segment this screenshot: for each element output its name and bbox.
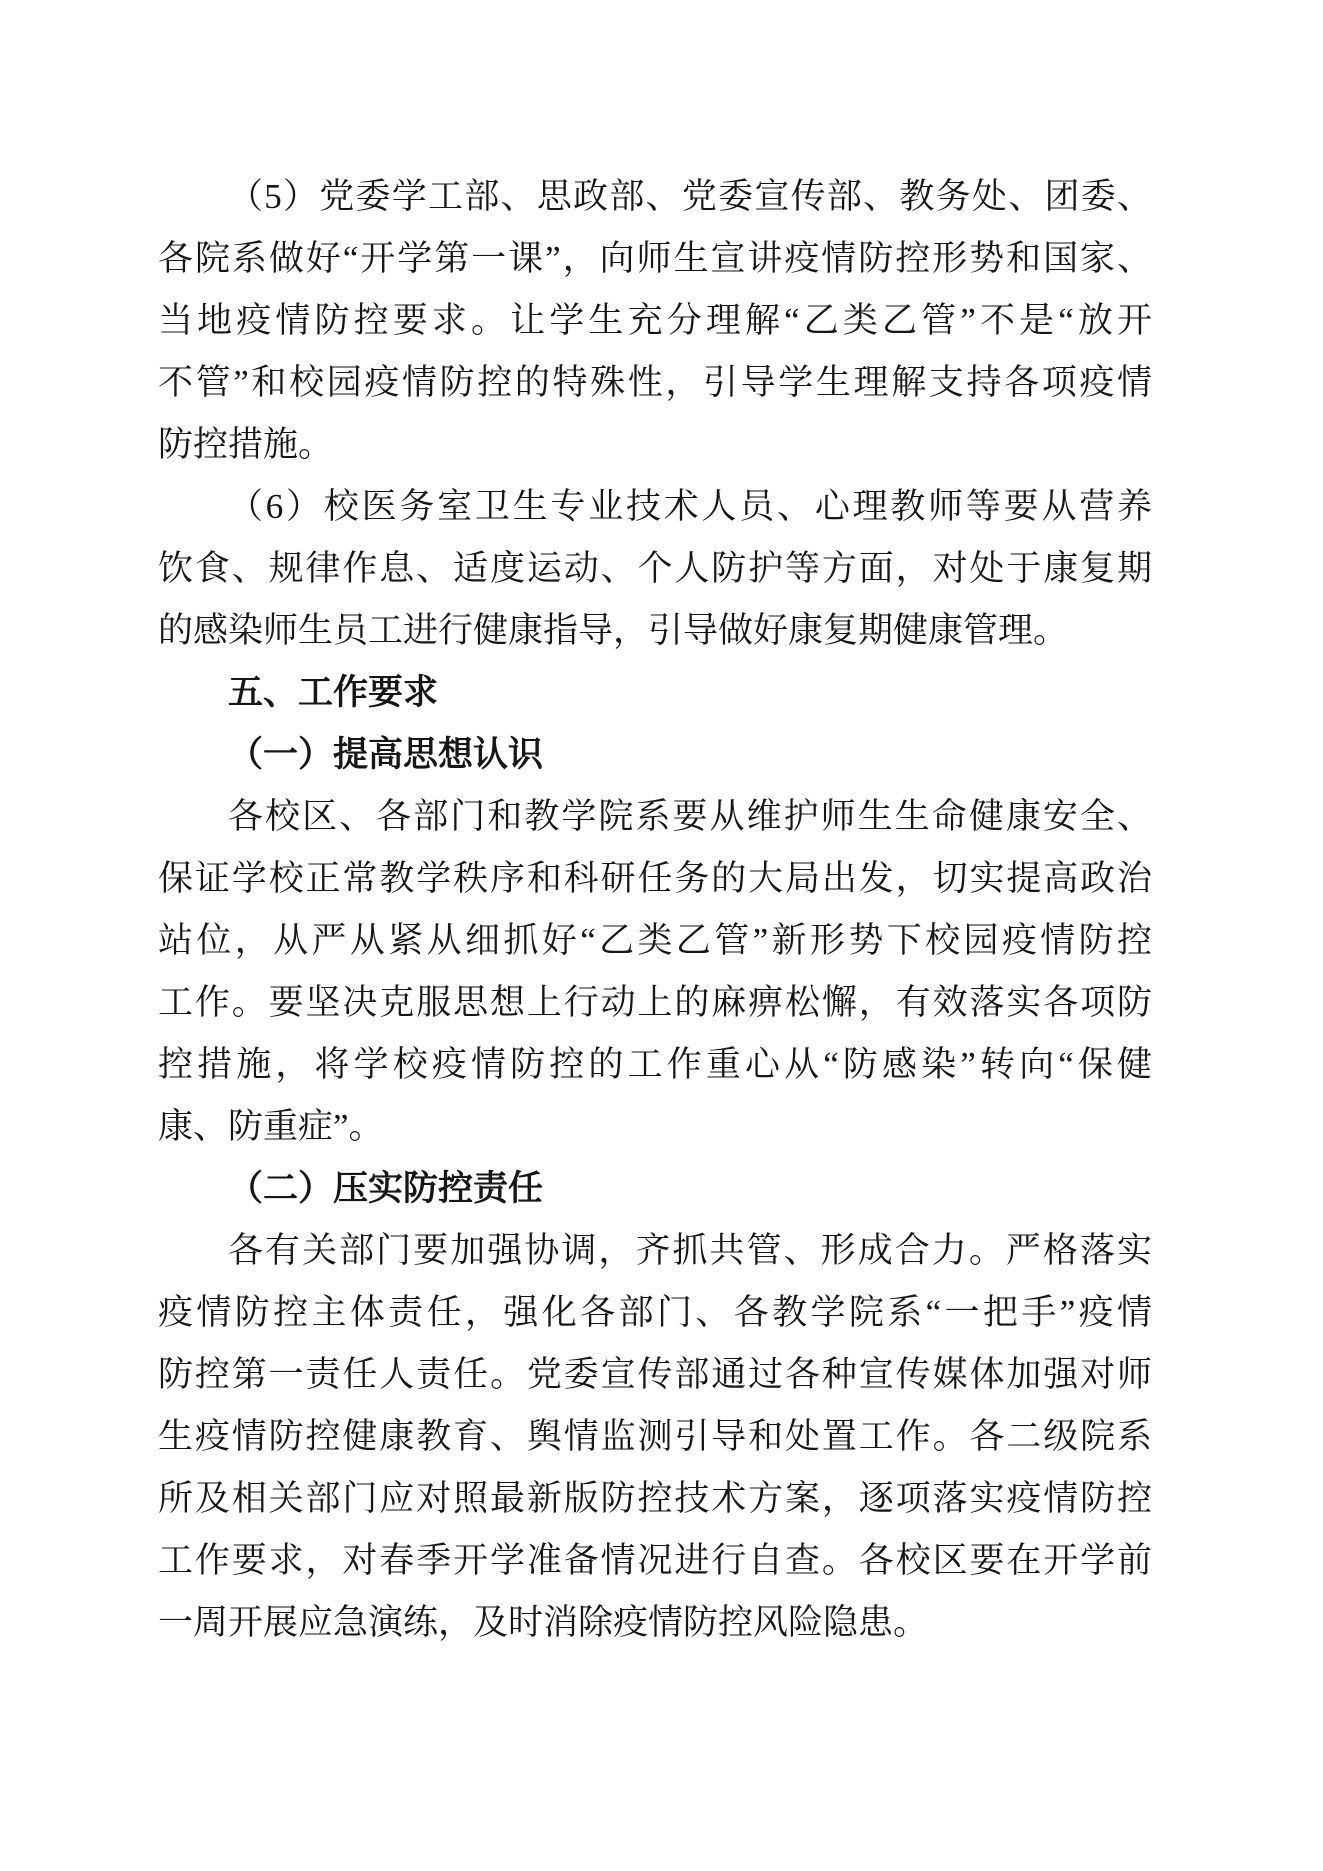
subsection-heading-raise-awareness: （一）提高思想认识 [158, 724, 1152, 786]
paragraph-item5-line: 各院系做好“开学第一课”，向师生宣讲疫情防控形势和国家、 [158, 228, 1152, 290]
paragraph-item5-line: 防控措施。 [158, 414, 1152, 476]
paragraph-responsibility-line: 一周开展应急演练，及时消除疫情防控风险隐患。 [158, 1592, 1152, 1654]
document-page: （5）党委学工部、思政部、党委宣传部、教务处、团委、 各院系做好“开学第一课”，… [0, 0, 1323, 1871]
paragraph-raise-awareness-line: 控措施，将学校疫情防控的工作重心从“防感染”转向“保健 [158, 1034, 1152, 1096]
paragraph-item6-line: （6）校医务室卫生专业技术人员、心理教师等要从营养 [158, 476, 1152, 538]
paragraph-raise-awareness-line: 各校区、各部门和教学院系要从维护师生生命健康安全、 [158, 786, 1152, 848]
document-text-block: （5）党委学工部、思政部、党委宣传部、教务处、团委、 各院系做好“开学第一课”，… [158, 166, 1152, 1654]
paragraph-raise-awareness-line: 保证学校正常教学秩序和科研任务的大局出发，切实提高政治 [158, 848, 1152, 910]
paragraph-item5-line: （5）党委学工部、思政部、党委宣传部、教务处、团委、 [158, 166, 1152, 228]
paragraph-item5-line: 不管”和校园疫情防控的特殊性，引导学生理解支持各项疫情 [158, 352, 1152, 414]
paragraph-responsibility-line: 防控第一责任人责任。党委宣传部通过各种宣传媒体加强对师 [158, 1344, 1152, 1406]
paragraph-responsibility-line: 疫情防控主体责任，强化各部门、各教学院系“一把手”疫情 [158, 1282, 1152, 1344]
section-heading-work-requirements: 五、工作要求 [158, 662, 1152, 724]
paragraph-responsibility-line: 各有关部门要加强协调，齐抓共管、形成合力。严格落实 [158, 1220, 1152, 1282]
paragraph-raise-awareness-line: 站位，从严从紧从细抓好“乙类乙管”新形势下校园疫情防控 [158, 910, 1152, 972]
paragraph-responsibility-line: 工作要求，对春季开学准备情况进行自查。各校区要在开学前 [158, 1530, 1152, 1592]
paragraph-responsibility-line: 生疫情防控健康教育、舆情监测引导和处置工作。各二级院系 [158, 1406, 1152, 1468]
paragraph-raise-awareness-line: 工作。要坚决克服思想上行动上的麻痹松懈，有效落实各项防 [158, 972, 1152, 1034]
paragraph-raise-awareness-line: 康、防重症”。 [158, 1096, 1152, 1158]
paragraph-responsibility-line: 所及相关部门应对照最新版防控技术方案，逐项落实疫情防控 [158, 1468, 1152, 1530]
paragraph-item6-line: 饮食、规律作息、适度运动、个人防护等方面，对处于康复期 [158, 538, 1152, 600]
subsection-heading-consolidate-responsibility: （二）压实防控责任 [158, 1158, 1152, 1220]
paragraph-item6-line: 的感染师生员工进行健康指导，引导做好康复期健康管理。 [158, 600, 1152, 662]
paragraph-item5-line: 当地疫情防控要求。让学生充分理解“乙类乙管”不是“放开 [158, 290, 1152, 352]
